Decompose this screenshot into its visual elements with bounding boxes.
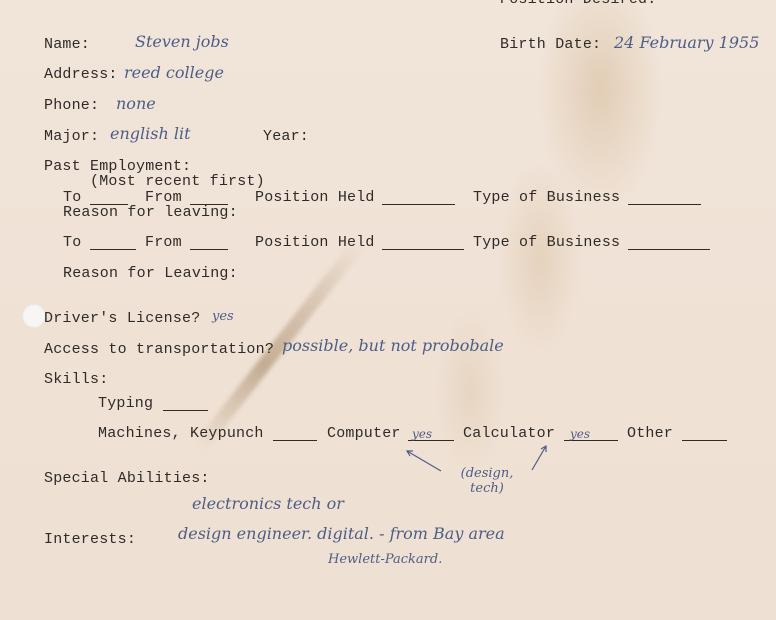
special-abilities-label: Special Abilities: — [44, 470, 210, 487]
interests-line-2: design engineer. digital. - from Bay are… — [178, 524, 505, 543]
skills-annotation: (design, tech) — [452, 466, 522, 496]
interests-label: Interests: — [44, 531, 136, 548]
interests-line-3: Hewlett-Packard. — [328, 552, 442, 567]
interests-line-1: electronics tech or — [192, 494, 344, 513]
